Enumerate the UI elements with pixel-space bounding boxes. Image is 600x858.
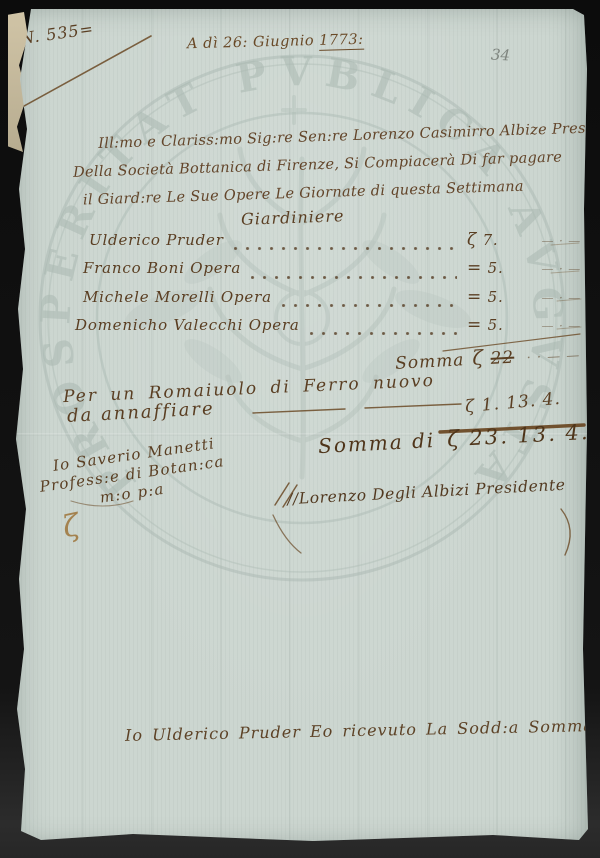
amount-tail-dashes: — · — <box>525 262 581 276</box>
dotted-leader <box>234 247 457 251</box>
date-line: A dì 26: Giugnio 1773: <box>187 32 364 53</box>
subtotal-line: Sommaζ 22 · · — — <box>394 340 580 374</box>
amount-cell: = 5. <box>467 258 525 278</box>
amount-value: 5. <box>488 259 504 277</box>
amount-value: 7. <box>483 231 499 249</box>
signature-lorenzo-albizi: //Lorenzo Degli Albizi Presidente <box>287 476 566 509</box>
amount-cell: = 5. <box>467 287 525 307</box>
currency-mark: = <box>467 315 482 335</box>
currency-scribble-mark: ζ <box>60 508 83 546</box>
signature-slashes: // <box>287 490 300 509</box>
amount-tail-dashes: — · — <box>525 234 581 248</box>
signature-descender-flourish <box>273 515 301 553</box>
amount-value: 5. <box>488 316 504 334</box>
amount-tail-dashes: — · — <box>525 319 581 333</box>
total-value: 23. 13. 4. <box>469 420 590 450</box>
worker-name: Franco Boni Opera <box>83 259 241 277</box>
date-text: A dì 26: Giugnio <box>187 33 314 52</box>
dotted-leader <box>282 304 457 308</box>
worker-name: Ulderico Pruder <box>89 231 224 249</box>
manuscript-page: PROSPERITAT PVBLICA AVGVSTA <box>13 9 588 843</box>
receipt-acknowledgement-line: Io Ulderico Pruder Eo ricevuto La Sodd:a… <box>125 716 594 745</box>
subtotal-tail-dashes: · · — — <box>526 348 580 366</box>
amount-cell: ζ 7. <box>467 230 525 250</box>
extra-item-amount: ζ 1. 13. 4. <box>464 389 561 417</box>
doc-number-flourish-stroke <box>15 36 151 111</box>
ledger-row: Michele Morelli Opera = 5. — · — <box>75 287 581 315</box>
extra-item-line-1: Per un Romaiuolo di Ferro nuovo <box>63 371 436 407</box>
struck-subtotal-value: 22 <box>490 348 515 369</box>
amount-value: 1. 13. 4. <box>481 389 562 416</box>
currency-mark: = <box>467 258 482 278</box>
document-number: N. 535= <box>19 19 95 48</box>
signature-name: Lorenzo Degli Albizi Presidente <box>298 476 566 508</box>
date-year: 1773: <box>319 32 364 51</box>
currency-mark: ζ <box>467 230 477 250</box>
scanned-document: PROSPERITAT PVBLICA AVGVSTA <box>0 0 600 858</box>
ledger-row: Ulderico Pruder ζ 7. — · — <box>75 230 581 258</box>
dotted-leader <box>251 276 457 280</box>
currency-mark: ζ <box>447 427 462 453</box>
annaffiare-dash-line <box>253 404 461 413</box>
amount-cell: = 5. <box>467 315 525 335</box>
worker-name: Domenicho Valecchi Opera <box>75 316 300 334</box>
ledger-row: Franco Boni Opera = 5. — · — <box>75 258 581 286</box>
wage-ledger: Ulderico Pruder ζ 7. — · — Franco Boni O… <box>75 230 581 344</box>
section-title-giardiniere: Giardiniere <box>241 206 345 229</box>
salutation-block: Ill:mo e Clariss:mo Sig:re Sen:re Lorenz… <box>72 113 600 215</box>
grand-total-line: Somma diζ 23. 13. 4. <box>318 420 591 459</box>
amount-value: 5. <box>488 288 504 306</box>
currency-mark: ζ <box>472 345 485 370</box>
signature-end-flourish <box>561 509 570 555</box>
folio-number-pencil: 34 <box>491 46 511 65</box>
currency-mark: ζ <box>464 396 476 417</box>
signature-saverio-manetti: Io Saverio Manetti Profess:e di Botan:ca… <box>36 433 228 515</box>
amount-tail-dashes: — · — <box>525 291 581 305</box>
worker-name: Michele Morelli Opera <box>83 288 272 306</box>
dotted-leader <box>310 332 457 336</box>
currency-mark: = <box>467 287 482 307</box>
ledger-row: Domenicho Valecchi Opera = 5. — · — <box>75 315 581 343</box>
total-label: Somma di <box>318 428 436 458</box>
